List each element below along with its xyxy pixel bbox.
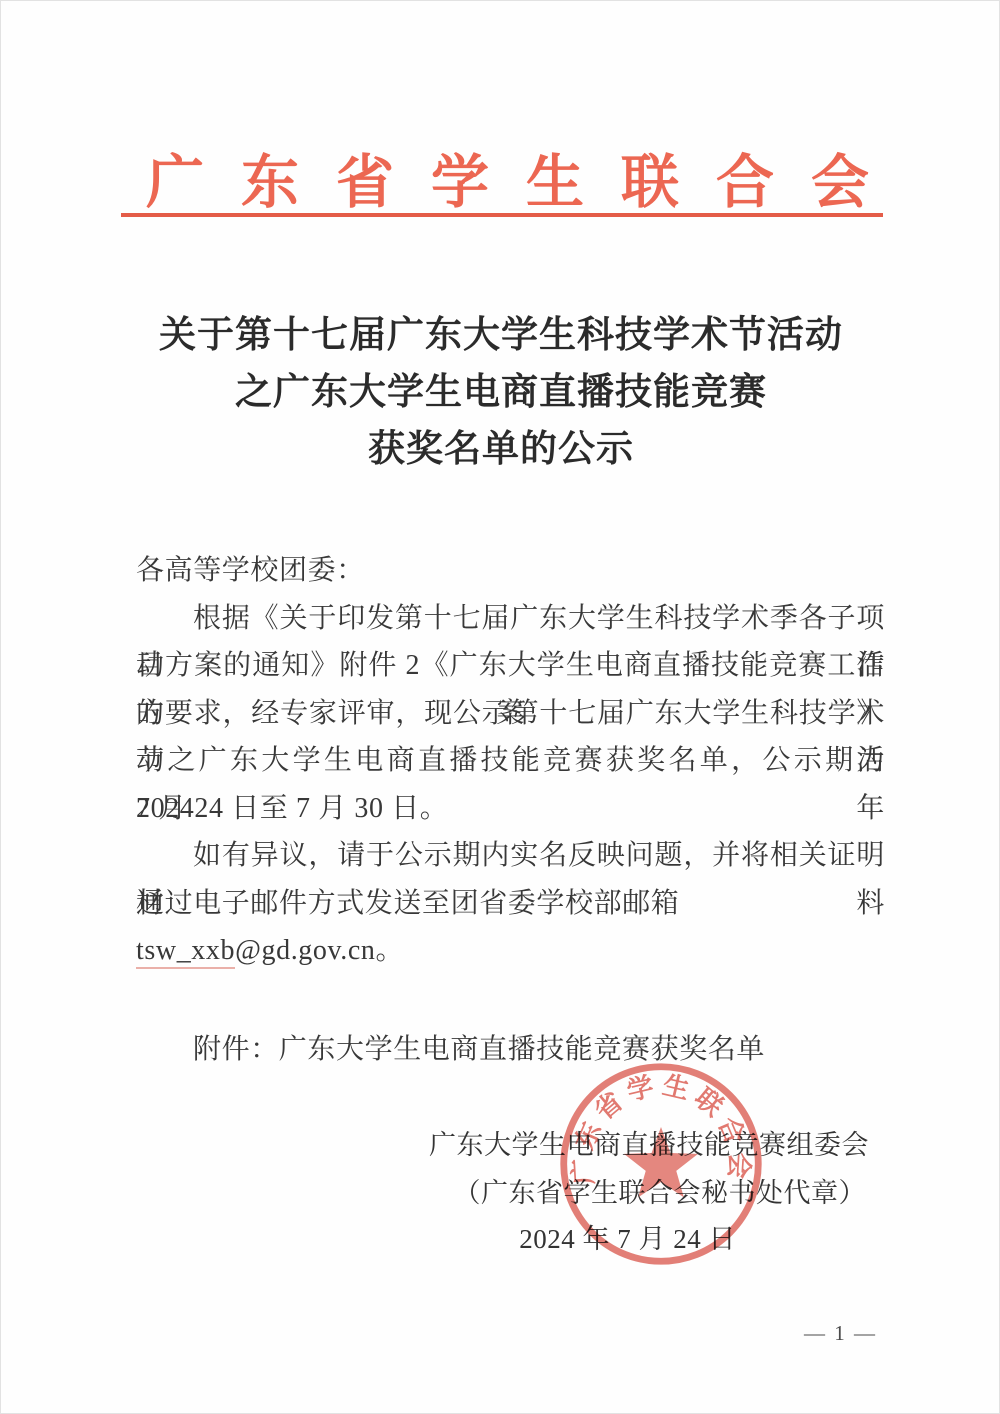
- signature-date: 2024 年 7 月 24 日: [519, 1217, 736, 1256]
- paragraph-line: 根据《关于印发第十七届广东大学生科技学术季各子项目活: [136, 595, 885, 643]
- salutation: 各高等学校团委：: [136, 547, 885, 595]
- paragraph-line: 动之广东大学生电商直播技能竞赛获奖名单，公示期为 2024 年: [136, 737, 885, 785]
- document-title-line-1: 关于第十七届广东大学生科技学术节活动: [1, 307, 1000, 364]
- body-text: 各高等学校团委： 根据《关于印发第十七届广东大学生科技学术季各子项目活 动方案的…: [136, 547, 885, 975]
- document-title: 关于第十七届广东大学生科技学术节活动 之广东大学生电商直播技能竞赛 获奖名单的公…: [1, 307, 1000, 478]
- paragraph-line: 如有异议，请于公示期内实名反映问题，并将相关证明材料: [136, 832, 885, 880]
- attachment-line: 附件：广东大学生电商直播技能竞赛获奖名单: [136, 1027, 896, 1067]
- email-domain-part: @gd.gov.cn。: [235, 935, 404, 966]
- letterhead-org-name: 广东省学生联合会: [146, 135, 906, 219]
- document-title-line-3: 获奖名单的公示: [1, 421, 1000, 478]
- paragraph-line: 动方案的通知》附件 2《广东大学生电商直播技能竞赛工作方案》: [136, 642, 885, 690]
- signature-organization: 广东大学生电商直播技能竞赛组委会: [429, 1123, 869, 1162]
- scanned-document-page: 广东省学生联合会 关于第十七届广东大学生科技学术节活动 之广东大学生电商直播技能…: [0, 0, 1000, 1414]
- email-line: tsw_xxb@gd.gov.cn。: [136, 927, 885, 975]
- document-title-line-2: 之广东大学生电商直播技能竞赛: [1, 364, 1000, 421]
- signature-seal-note: （广东省学生联合会秘书处代章）: [454, 1171, 867, 1210]
- page-number: — 1 —: [804, 1321, 877, 1346]
- letterhead-rule: [121, 213, 883, 217]
- paragraph-line: 的要求，经专家评审，现公示第十七届广东大学生科技学术节活: [136, 690, 885, 738]
- email-local-part: tsw_xxb: [136, 935, 235, 969]
